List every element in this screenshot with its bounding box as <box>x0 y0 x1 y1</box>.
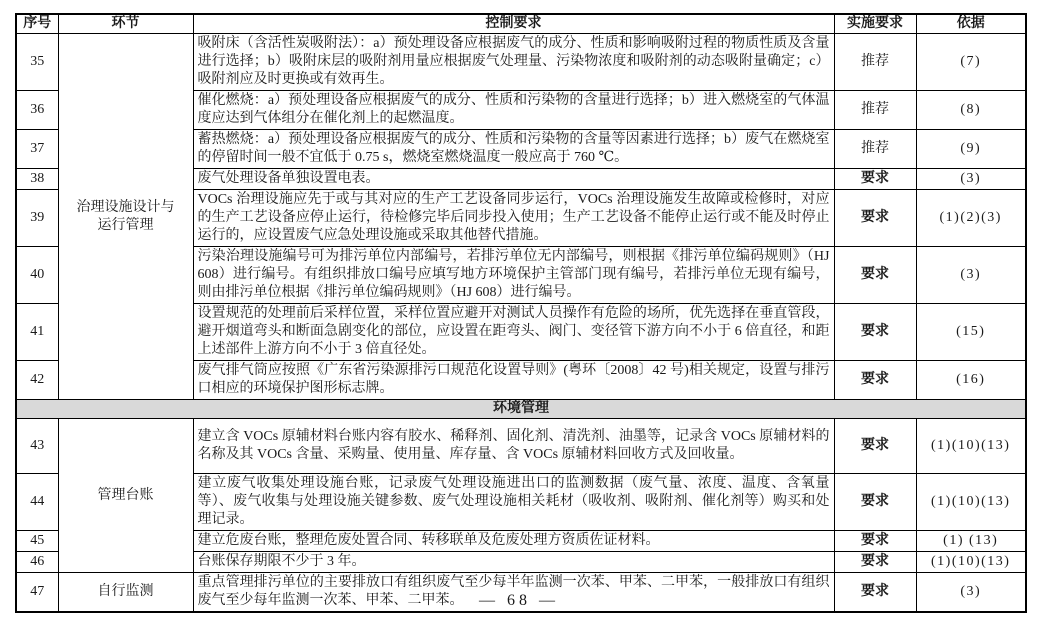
section-title: 环境管理 <box>16 400 1026 419</box>
control-cell: 催化燃烧：a）预处理设备应根据废气的成分、性质和污染物的含量进行选择；b）进入燃… <box>193 91 834 130</box>
basis-cell: (3) <box>916 169 1026 190</box>
seq-cell: 40 <box>16 247 58 304</box>
basis-cell: (3) <box>916 247 1026 304</box>
control-cell: 废气排气筒应按照《广东省污染源排污口规范化设置导则》(粤环〔2008〕42 号)… <box>193 361 834 400</box>
seq-cell: 39 <box>16 190 58 247</box>
basis-cell: (8) <box>916 91 1026 130</box>
header-basis: 依据 <box>916 14 1026 34</box>
impl-cell: 要求 <box>834 361 916 400</box>
table-row: 35 治理设施设计与 运行管理 吸附床（含活性炭吸附法）：a）预处理设备应根据废… <box>16 34 1026 91</box>
impl-cell: 要求 <box>834 247 916 304</box>
control-cell: 废气处理设备单独设置电表。 <box>193 169 834 190</box>
seq-cell: 41 <box>16 304 58 361</box>
stage-cell-design: 治理设施设计与 运行管理 <box>58 34 193 400</box>
basis-cell: (1)(10)(13) <box>916 419 1026 474</box>
impl-cell: 推荐 <box>834 91 916 130</box>
basis-cell: (1)(10)(13) <box>916 474 1026 531</box>
basis-cell: (1)(2)(3) <box>916 190 1026 247</box>
table-header-row: 序号 环节 控制要求 实施要求 依据 <box>16 14 1026 34</box>
control-cell: 台账保存期限不少于 3 年。 <box>193 552 834 573</box>
seq-cell: 44 <box>16 474 58 531</box>
seq-cell: 36 <box>16 91 58 130</box>
section-header-row: 环境管理 <box>16 400 1026 419</box>
basis-cell: (15) <box>916 304 1026 361</box>
table-row: 43 管理台账 建立含 VOCs 原辅材料台账内容有胶水、稀释剂、固化剂、清洗剂… <box>16 419 1026 474</box>
basis-cell: (9) <box>916 130 1026 169</box>
control-cell: 建立含 VOCs 原辅材料台账内容有胶水、稀释剂、固化剂、清洗剂、油墨等，记录含… <box>193 419 834 474</box>
seq-cell: 42 <box>16 361 58 400</box>
header-impl: 实施要求 <box>834 14 916 34</box>
basis-cell: (16) <box>916 361 1026 400</box>
seq-cell: 46 <box>16 552 58 573</box>
impl-cell: 推荐 <box>834 34 916 91</box>
control-cell: 吸附床（含活性炭吸附法）：a）预处理设备应根据废气的成分、性质和影响吸附过程的物… <box>193 34 834 91</box>
seq-cell: 38 <box>16 169 58 190</box>
basis-cell: (1) (13) <box>916 531 1026 552</box>
header-stage: 环节 <box>58 14 193 34</box>
header-control: 控制要求 <box>193 14 834 34</box>
basis-cell: (1)(10)(13) <box>916 552 1026 573</box>
impl-cell: 要求 <box>834 169 916 190</box>
stage-cell-ledger: 管理台账 <box>58 419 193 573</box>
seq-cell: 37 <box>16 130 58 169</box>
seq-cell: 43 <box>16 419 58 474</box>
impl-cell: 要求 <box>834 190 916 247</box>
seq-cell: 45 <box>16 531 58 552</box>
control-cell: 污染治理设施编号可为排污单位内部编号，若排污单位无内部编号，则根据《排污单位编码… <box>193 247 834 304</box>
impl-cell: 要求 <box>834 419 916 474</box>
page-number: — 68 — <box>0 592 1038 610</box>
basis-cell: (7) <box>916 34 1026 91</box>
control-cell: VOCs 治理设施应先于或与其对应的生产工艺设备同步运行，VOCs 治理设施发生… <box>193 190 834 247</box>
control-cell: 建立废气收集处理设施台账，记录废气处理设施进出口的监测数据（废气量、浓度、温度、… <box>193 474 834 531</box>
control-cell: 建立危废台账，整理危废处置合同、转移联单及危废处理方资质佐证材料。 <box>193 531 834 552</box>
control-cell: 设置规范的处理前后采样位置，采样位置应避开对测试人员操作有危险的场所，优先选择在… <box>193 304 834 361</box>
impl-cell: 要求 <box>834 304 916 361</box>
impl-cell: 要求 <box>834 531 916 552</box>
seq-cell: 35 <box>16 34 58 91</box>
control-cell: 蓄热燃烧：a）预处理设备应根据废气的成分、性质和污染物的含量等因素进行选择；b）… <box>193 130 834 169</box>
control-requirements-table: 序号 环节 控制要求 实施要求 依据 35 治理设施设计与 运行管理 吸附床（含… <box>15 13 1027 613</box>
impl-cell: 推荐 <box>834 130 916 169</box>
impl-cell: 要求 <box>834 474 916 531</box>
document-page: 序号 环节 控制要求 实施要求 依据 35 治理设施设计与 运行管理 吸附床（含… <box>0 0 1038 625</box>
header-seq: 序号 <box>16 14 58 34</box>
impl-cell: 要求 <box>834 552 916 573</box>
